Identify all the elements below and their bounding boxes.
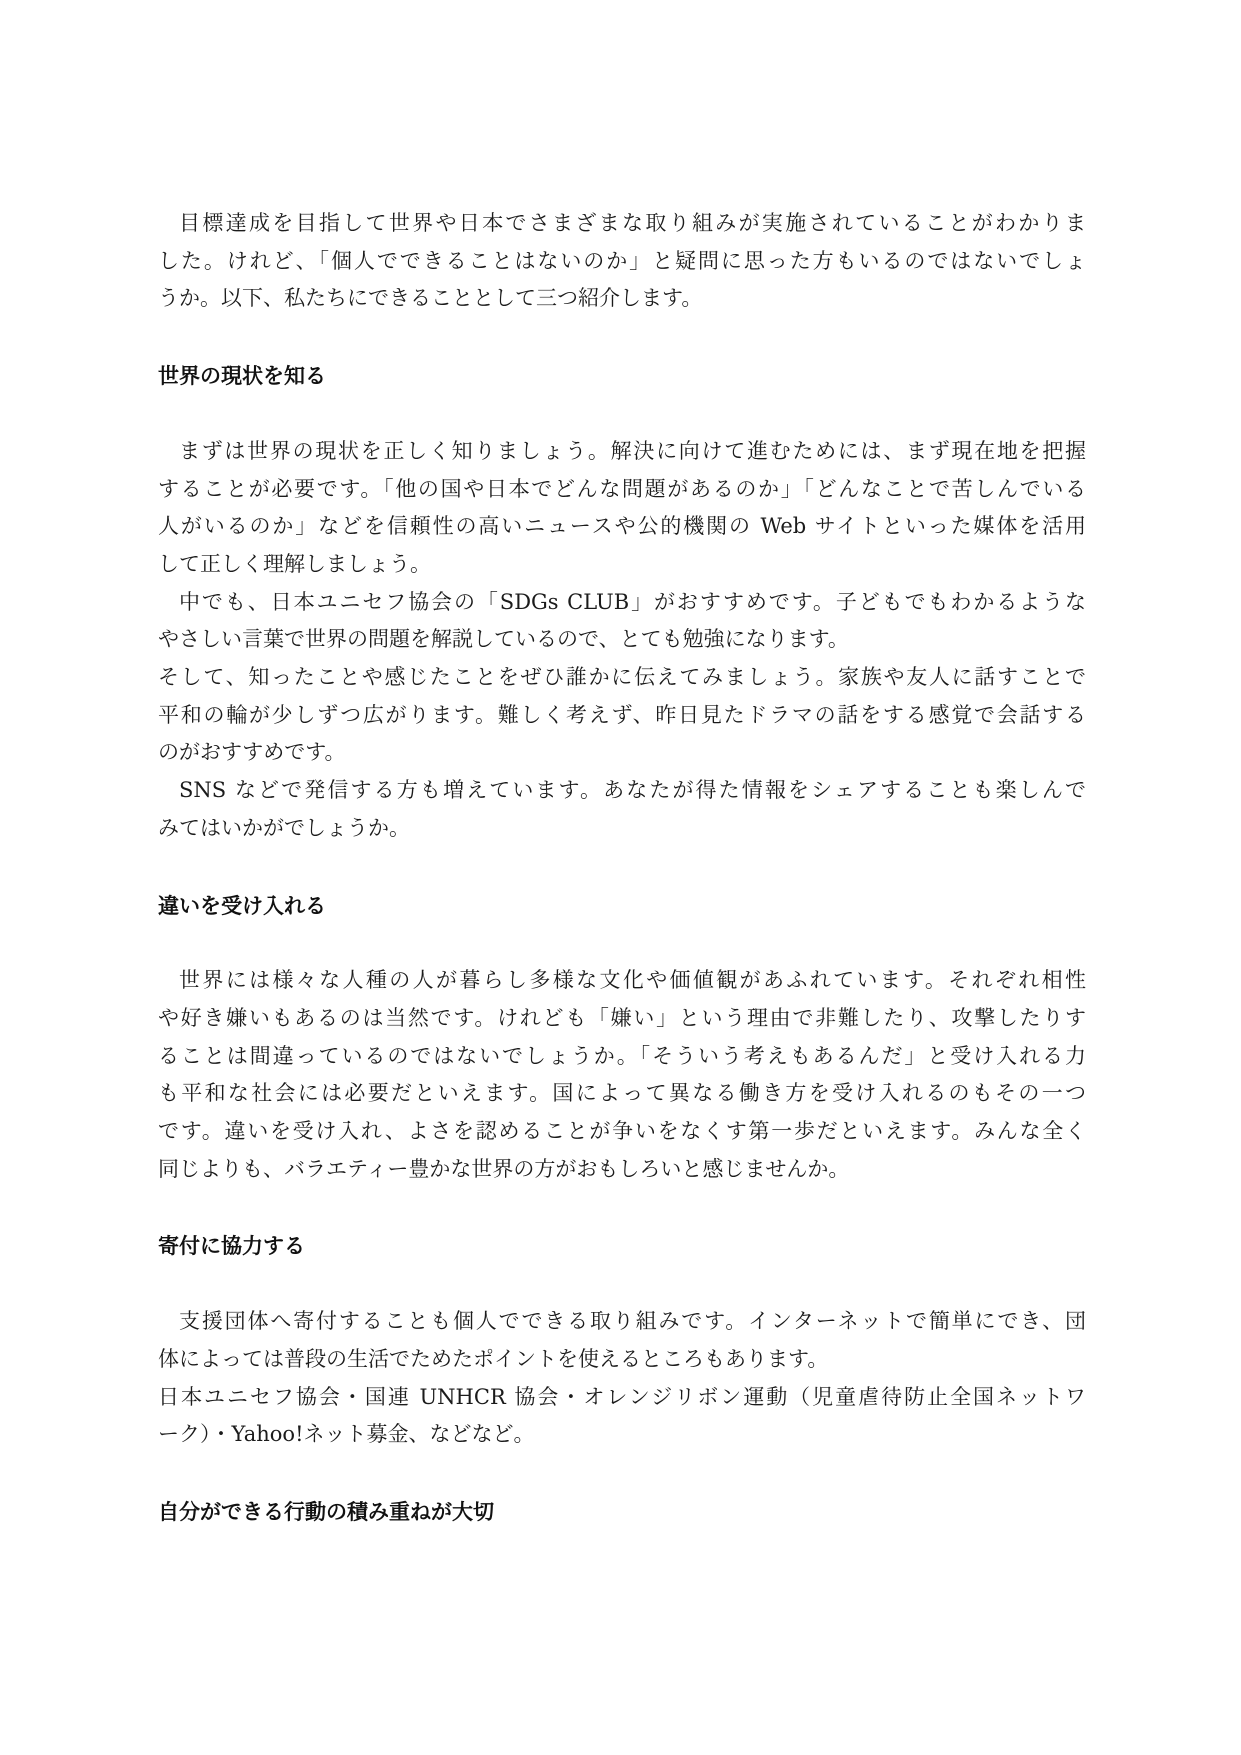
body-line: やさしい言葉で世界の問題を解説しているので、とても勉強になります。 — [158, 621, 1086, 659]
body-line: ーク）・Yahoo!ネット募金、などなど。 — [158, 1416, 1086, 1454]
intro-line: うか。以下、私たちにできることとして三つ紹介します。 — [158, 280, 1086, 318]
section-heading-donate: 寄付に協力する — [158, 1228, 1086, 1266]
body-line: そして、知ったことや感じたことをぜひ誰かに伝えてみましょう。家族や友人に話すこと… — [158, 659, 1086, 697]
intro-line: 目標達成を目指して世界や日本でさまざまな取り組みが実施されていることがわかりま — [158, 205, 1086, 243]
body-line: まずは世界の現状を正しく知りましょう。解決に向けて進むためには、まず現在地を把握 — [158, 433, 1086, 471]
section-heading-know-world-state: 世界の現状を知る — [158, 358, 1086, 396]
intro-line: した。けれど、「個人でできることはないのか」と疑問に思った方もいるのではないでし… — [158, 243, 1086, 281]
body-line: 支援団体へ寄付することも個人でできる取り組みです。インターネットで簡単にでき、団 — [158, 1303, 1086, 1341]
body-line: です。違いを受け入れ、よさを認めることが争いをなくす第一歩だといえます。みんな全… — [158, 1113, 1086, 1151]
body-line: 同じよりも、バラエティー豊かな世界の方がおもしろいと感じませんか。 — [158, 1151, 1086, 1189]
section-heading-accept-differences: 違いを受け入れる — [158, 888, 1086, 926]
body-line: 平和の輪が少しずつ広がります。難しく考えず、昨日見たドラマの話をする感覚で会話す… — [158, 697, 1086, 735]
body-line: ることは間違っているのではないでしょうか。「そういう考えもあるんだ」と受け入れる… — [158, 1038, 1086, 1076]
body-line: のがおすすめです。 — [158, 734, 1086, 772]
body-line: して正しく理解しましょう。 — [158, 546, 1086, 584]
body-line: SNS などで発信する方も増えています。あなたが得た情報をシェアすることも楽しん… — [158, 772, 1086, 810]
section-heading-accumulate-actions: 自分ができる行動の積み重ねが大切 — [158, 1494, 1086, 1532]
document-text-block: 目標達成を目指して世界や日本でさまざまな取り組みが実施されていることがわかりま … — [158, 205, 1086, 1569]
body-line: みてはいかがでしょうか。 — [158, 810, 1086, 848]
document-page: 目標達成を目指して世界や日本でさまざまな取り組みが実施されていることがわかりま … — [0, 0, 1241, 1755]
body-line: も平和な社会には必要だといえます。国によって異なる働き方を受け入れるのもその一つ — [158, 1075, 1086, 1113]
body-line: 中でも、日本ユニセフ協会の「SDGs CLUB」がおすすめです。子どもでもわかる… — [158, 584, 1086, 622]
body-line: 世界には様々な人種の人が暮らし多様な文化や価値観があふれています。それぞれ相性 — [158, 962, 1086, 1000]
body-line: や好き嫌いもあるのは当然です。けれども「嫌い」という理由で非難したり、攻撃したり… — [158, 1000, 1086, 1038]
body-line: 日本ユニセフ協会・国連 UNHCR 協会・オレンジリボン運動（児童虐待防止全国ネ… — [158, 1379, 1086, 1417]
body-line: 体によっては普段の生活でためたポイントを使えるところもあります。 — [158, 1341, 1086, 1379]
body-line: することが必要です。「他の国や日本でどんな問題があるのか」「どんなことで苦しんで… — [158, 471, 1086, 509]
body-line: 人がいるのか」などを信頼性の高いニュースや公的機関の Web サイトといった媒体… — [158, 508, 1086, 546]
